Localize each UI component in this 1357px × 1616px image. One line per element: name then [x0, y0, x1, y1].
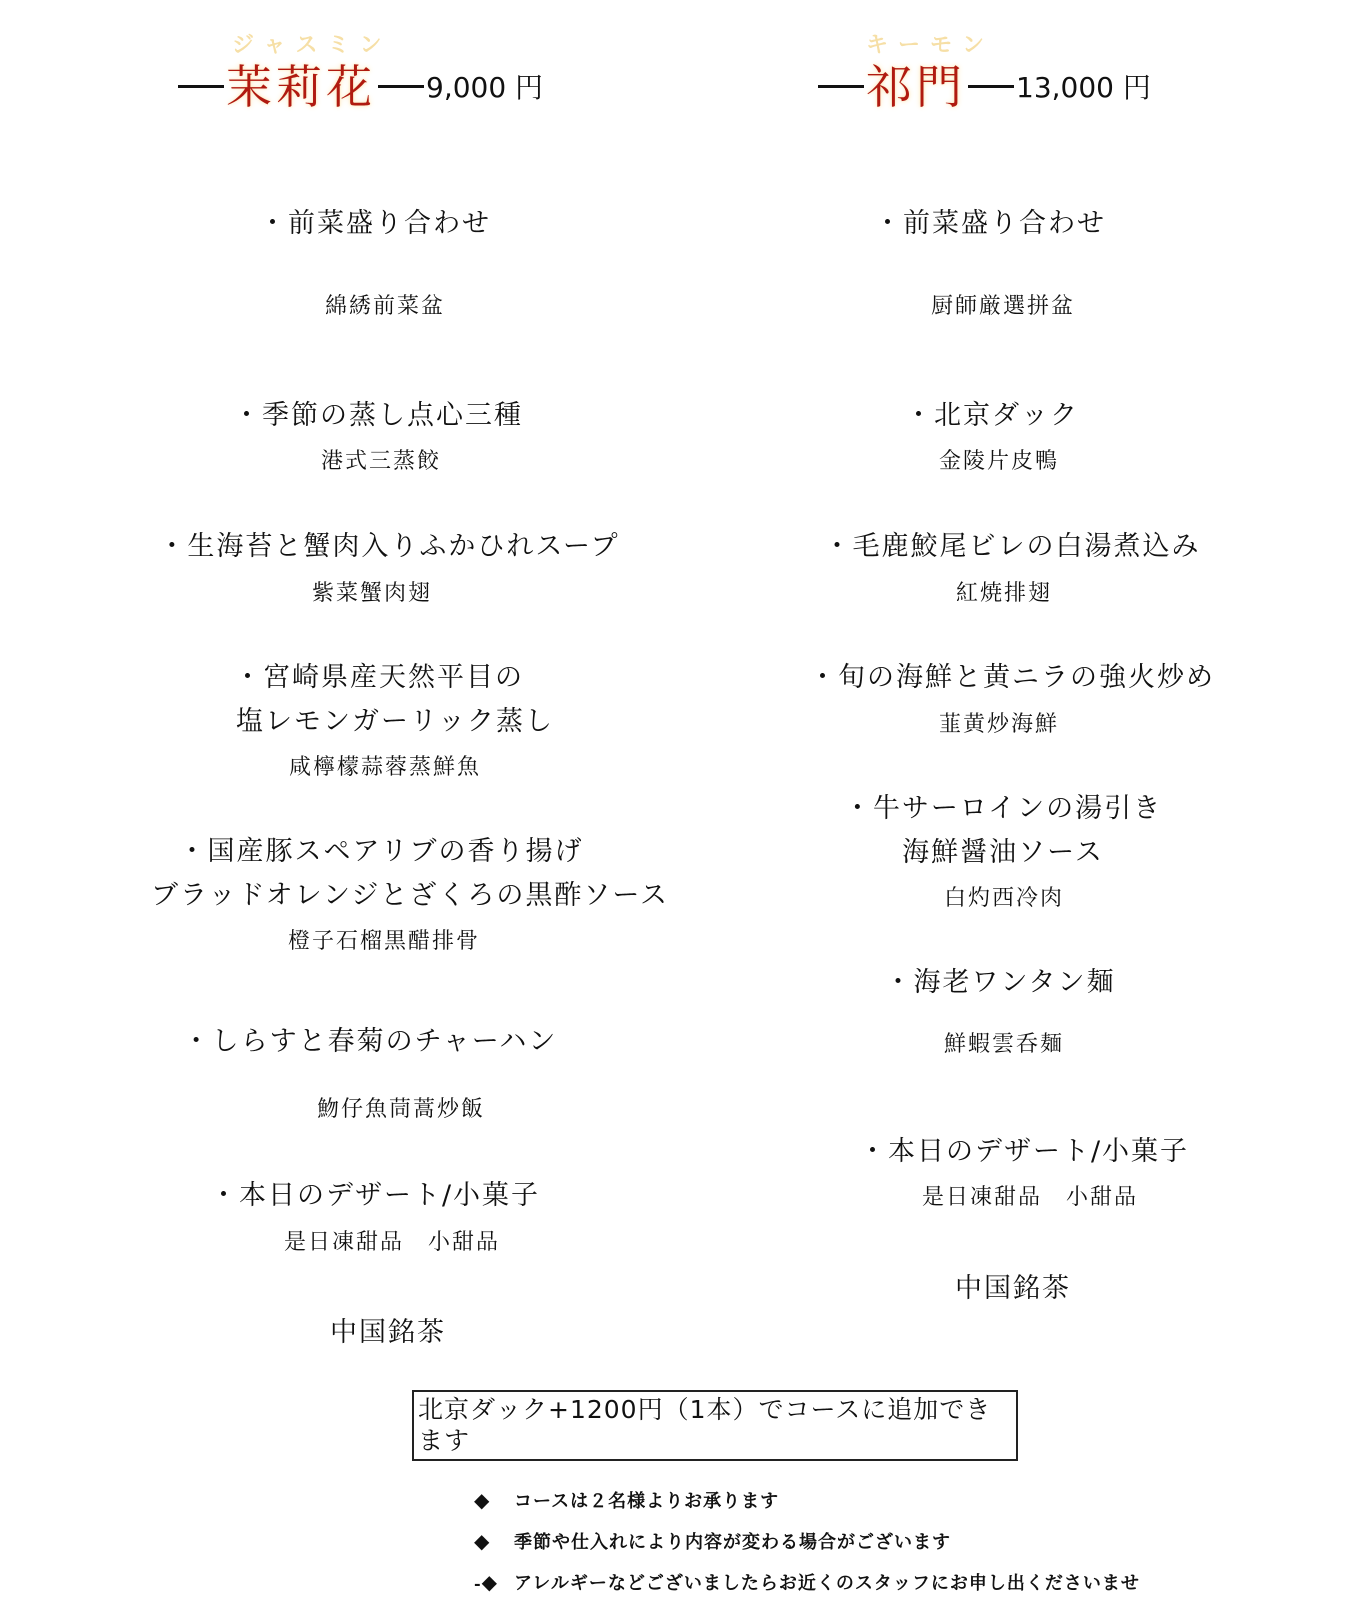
dash-divider: [178, 85, 224, 88]
peking-duck-addon-note: 北京ダック+1200円（1本）でコースに追加できます: [412, 1390, 1018, 1461]
course-1-dish-3: ・生海苔と蟹肉入りふかひれスープ: [158, 531, 619, 563]
note-allergy: -◆アレルギーなどございましたらお近くのスタッフにお申し出くださいませ: [474, 1569, 1140, 1595]
diamond-bullet-icon: -◆: [474, 1570, 500, 1594]
course-1-dish-2: ・季節の蒸し点心三種: [233, 400, 523, 432]
course-2-dish-6-cn: 鮮蝦雲呑麺: [944, 1032, 1064, 1058]
course-1-dish-4-cn: 咸檸檬蒜蓉蒸鮮魚: [289, 755, 481, 781]
course-1-dish-1-cn: 綿綉前菜盆: [325, 294, 445, 320]
course-1-tea: 中国銘茶: [330, 1310, 446, 1349]
course-1-dish-7-cn: 是日凍甜品 小甜品: [284, 1230, 500, 1256]
course-1-dish-6: ・しらすと春菊のチャーハン: [183, 1026, 558, 1058]
course-2-dish-2-cn: 金陵片皮鴨: [939, 449, 1059, 475]
course-1-dish-7: ・本日のデザート/小菓子: [210, 1180, 540, 1212]
course-1-dish-5: ・国産豚スペアリブの香り揚げ: [179, 836, 584, 868]
course-1-dish-4-line2: 塩レモンガーリック蒸し: [236, 706, 554, 738]
course-2-dish-5-cn: 白灼西冷肉: [944, 886, 1064, 912]
course-2-dish-3-cn: 紅焼排翅: [956, 581, 1052, 607]
course-2-dish-5-line2: 海鮮醤油ソース: [902, 837, 1104, 869]
diamond-bullet-icon: ◆: [474, 1488, 500, 1512]
dash-divider: [818, 85, 864, 88]
course-2-name: 祁門: [864, 64, 968, 110]
course-1-ruby: ジャスミン: [232, 28, 392, 59]
note-content-may-change: ◆季節や仕入れにより内容が変わる場合がございます: [474, 1528, 951, 1554]
course-2-price: 13,000 円: [1016, 74, 1151, 102]
course-2-dish-7: ・本日のデザート/小菓子: [859, 1136, 1189, 1168]
course-2-dish-4: ・旬の海鮮と黄ニラの強火炒め: [809, 662, 1215, 694]
course-1-dish-1: ・前菜盛り合わせ: [259, 208, 491, 240]
note-minimum-guests: ◆コースは２名様よりお承ります: [474, 1487, 779, 1513]
course-2-dish-2: ・北京ダック: [905, 400, 1079, 432]
course-1-dish-5-line2: ブラッドオレンジとざくろの黒酢ソース: [151, 880, 669, 912]
course-1-dish-2-cn: 港式三蒸餃: [321, 449, 441, 475]
course-1-dish-4: ・宮崎県産天然平目の: [234, 662, 524, 694]
dash-divider: [968, 85, 1014, 88]
course-2-dish-6: ・海老ワンタン麺: [885, 967, 1116, 999]
course-1-dish-3-cn: 紫菜蟹肉翅: [312, 581, 432, 607]
course-2-dish-5: ・牛サーロインの湯引き: [844, 793, 1162, 825]
course-1-header: 茉莉花 9,000 円: [178, 64, 543, 110]
dash-divider: [378, 85, 424, 88]
course-1-dish-6-cn: 魩仔魚茼蒿炒飯: [317, 1097, 485, 1123]
course-2-tea: 中国銘茶: [955, 1266, 1071, 1305]
course-2-dish-7-cn: 是日凍甜品 小甜品: [922, 1185, 1138, 1211]
course-2-dish-4-cn: 韮黄炒海鮮: [939, 712, 1059, 738]
course-2-dish-1-cn: 厨師厳選拼盆: [931, 294, 1075, 320]
course-2-dish-3: ・毛鹿鮫尾ビレの白湯煮込み: [824, 531, 1201, 563]
note-text: コースは２名様よりお承ります: [514, 1491, 779, 1512]
course-1-price: 9,000 円: [426, 74, 543, 102]
course-1-name: 茉莉花: [224, 64, 378, 110]
course-2-dish-1: ・前菜盛り合わせ: [874, 208, 1106, 240]
note-text: 季節や仕入れにより内容が変わる場合がございます: [514, 1532, 951, 1553]
diamond-bullet-icon: ◆: [474, 1529, 500, 1553]
course-2-ruby: キーモン: [866, 28, 994, 59]
course-1-dish-5-cn: 橙子石榴黒醋排骨: [288, 929, 480, 955]
note-text: アレルギーなどございましたらお近くのスタッフにお申し出くださいませ: [514, 1573, 1140, 1594]
course-2-header: 祁門 13,000 円: [818, 64, 1151, 110]
